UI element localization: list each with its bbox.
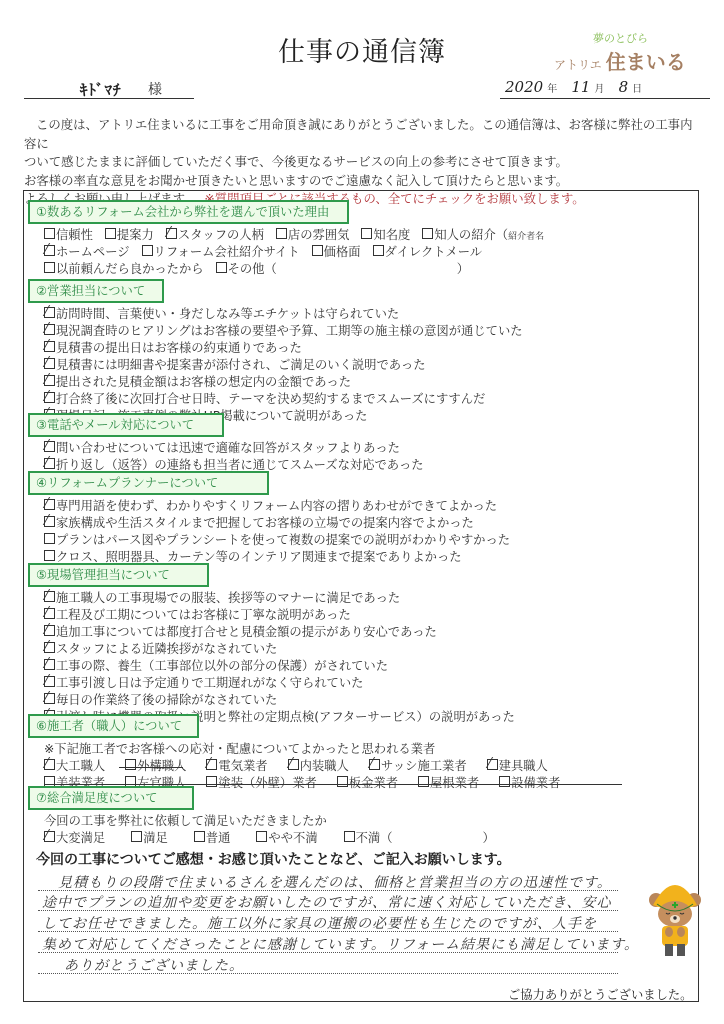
checkbox-row: 以前頼んだら良かったからその他（） (44, 261, 481, 278)
checkbox-label: ホームページ (56, 245, 130, 259)
checkbox[interactable] (369, 759, 380, 770)
checkbox[interactable] (166, 228, 177, 239)
checkbox[interactable] (44, 516, 55, 527)
checkbox-label: 店の雰囲気 (288, 228, 350, 242)
checkbox-label: 普通 (206, 831, 231, 845)
checkbox-option[interactable]: 満足 (131, 831, 168, 845)
checkbox[interactable] (288, 759, 299, 770)
checkbox-label: 工事引渡し日は予定通りで工期遅れがなく守られていた (56, 676, 363, 690)
checkbox-row: プランはパース図やプランシートを使って複数の提案での説明がわかりやすかった (44, 532, 522, 549)
checkbox[interactable] (206, 776, 217, 787)
checkbox-row: 見積書の提出日はお客様の約束通りであった (44, 340, 314, 357)
checkbox-label: 提出された見積金額はお客様の想定内の金額であった (56, 375, 351, 389)
date-year: 2020 (505, 78, 543, 96)
checkbox-option[interactable]: 提出された見積金額はお客様の想定内の金額であった (44, 375, 351, 389)
checkbox-label: リフォーム会社紹介サイト (154, 245, 300, 259)
month-unit: 月 (594, 84, 604, 95)
strikethrough-line (44, 784, 622, 785)
date-month: 11 (571, 78, 590, 96)
checkbox[interactable] (44, 591, 55, 602)
company-logo: アトリエ住まいる (554, 46, 686, 75)
checkbox[interactable] (194, 831, 205, 842)
comment-line: ありがとうございました。 (64, 955, 244, 975)
checkbox-label: 見積書の提出日はお客様の約束通りであった (56, 341, 302, 355)
checkbox-row: 大変満足満足普通やや不満不満（） (44, 830, 521, 847)
checkbox-row: 追加工事については都度打合せと見積金額の提示があり安心であった (44, 624, 449, 641)
checkbox-option[interactable]: スタッフの人柄 (166, 228, 264, 242)
checkbox-label: 提案力 (117, 228, 154, 242)
section-heading-4: ④リフォームプランナーについて (28, 471, 269, 495)
checkbox-row: 問い合わせについては迅速で適確な回答がスタッフよりあった (44, 440, 412, 457)
checkbox-label: スタッフによる近隣挨拶がなされていた (56, 642, 277, 656)
checkbox[interactable] (487, 759, 498, 770)
checkbox[interactable] (44, 245, 55, 256)
checkbox[interactable] (44, 693, 55, 704)
checkbox-label: クロス、照明器具、カーテン等のインテリア関連まで提案でありよかった (56, 550, 462, 564)
checkbox-option[interactable]: 工事引渡し日は予定通りで工期遅れがなく守られていた (44, 676, 363, 690)
checkbox-label: 設備業者 (511, 776, 560, 790)
section-heading-1: ①数あるリフォーム会社から弊社を選んで頂いた理由 (28, 200, 349, 224)
section-heading-2: ②営業担当について (28, 279, 164, 303)
checkbox-label: 以前頼んだら良かったから (56, 262, 204, 276)
checkbox-option[interactable]: プランはパース図やプランシートを使って複数の提案での説明がわかりやすかった (44, 533, 510, 547)
comments-heading: 今回の工事についてご感想・お感じ頂いたことなど、ご記入お願いします。 (36, 849, 511, 869)
logo-tagline: 夢のとびら (593, 30, 648, 46)
checkbox-option[interactable]: やや不満 (256, 831, 317, 845)
checkbox-option[interactable]: 大変満足 (44, 831, 105, 845)
checkbox-label: 打合終了後に次回打合せ日時、テーマを決め契約するまでスムーズにすすんだ (56, 392, 485, 406)
checkbox[interactable] (44, 642, 55, 653)
comment-dotted-line (38, 973, 618, 974)
checkbox-option[interactable]: 信頼性 (44, 228, 93, 242)
checkbox-option[interactable]: その他（） (216, 262, 470, 276)
checkbox-option[interactable]: 工事の際、養生（工事部位以外の部分の保護）がされていた (44, 659, 388, 673)
section-heading-6: ⑥施工者（職人）について (28, 714, 199, 738)
checkbox-option[interactable]: 内装職人 (288, 759, 349, 773)
checkbox-option[interactable]: 知人の紹介（紹介者名） (422, 228, 724, 242)
comment-line: してお任せできました。施工以外に家具の運搬の必要性も生じたのですが、人手を (42, 913, 597, 933)
checkbox-label: プランはパース図やプランシートを使って複数の提案での説明がわかりやすかった (56, 533, 510, 547)
checkbox[interactable] (44, 499, 55, 510)
checkbox[interactable] (344, 831, 355, 842)
checkbox[interactable] (418, 776, 429, 787)
customer-name: ｷﾄﾞﾏﾁ (80, 79, 122, 100)
checkbox-row: スタッフによる近隣挨拶がなされていた (44, 641, 289, 658)
checkbox[interactable] (499, 776, 510, 787)
checkbox-label: 信頼性 (56, 228, 93, 242)
strikethrough-line (119, 767, 183, 768)
date-day: 8 (619, 78, 629, 96)
checkbox-label: 建具職人 (499, 759, 548, 773)
day-unit: 日 (632, 84, 642, 95)
checkbox[interactable] (44, 392, 55, 403)
checkbox[interactable] (361, 228, 372, 239)
checkbox[interactable] (44, 324, 55, 335)
checkbox[interactable] (312, 245, 323, 256)
date-underline (500, 98, 710, 99)
checkbox-option[interactable]: 店の雰囲気 (276, 228, 350, 242)
checkbox-option[interactable]: 建具職人 (487, 759, 548, 773)
section-heading-3: ③電話やメール対応について (28, 413, 224, 437)
checkbox-label: 塗装（外壁）業者 (218, 776, 316, 790)
comment-line: 集めて対応してくださったことに感謝しています。リフォーム結果にも満足しています。 (42, 934, 639, 954)
checkbox-label: 折り返し（返答）の連絡も担当者に通じてスムーズな対応であった (56, 458, 424, 472)
checkbox[interactable] (125, 759, 136, 770)
checkbox-label: 工事の際、養生（工事部位以外の部分の保護）がされていた (56, 659, 388, 673)
bear-mascot-icon (645, 870, 705, 960)
checkbox-option[interactable]: 問い合わせについては迅速で適確な回答がスタッフよりあった (44, 441, 400, 455)
checkbox-option[interactable]: 毎日の作業終了後の掃除がなされていた (44, 693, 277, 707)
checkbox-option[interactable]: 不満（） (344, 831, 495, 845)
referrer-name-label: 紹介者名 (508, 232, 544, 242)
checkbox-option[interactable]: 屋根業者 (418, 776, 479, 790)
checkbox-option[interactable]: 見積書の提出日はお客様の約束通りであった (44, 341, 302, 355)
comment-dotted-line (38, 890, 618, 891)
checkbox-label: 知人の紹介（ (434, 228, 508, 242)
checkbox-option[interactable]: 外構職人 (125, 759, 186, 773)
checkbox-label: 追加工事については都度打合せと見積金額の提示があり安心であった (56, 625, 437, 639)
checkbox-option[interactable]: 提案力 (105, 228, 154, 242)
checkbox-option[interactable]: 大工職人 (44, 759, 105, 773)
checkbox-row: ホームページリフォーム会社紹介サイト価格面ダイレクトメール (44, 244, 494, 261)
checkbox-row: 提出された見積金額はお客様の想定内の金額であった (44, 374, 363, 391)
comment-dotted-line (38, 931, 618, 932)
checkbox-label: 現況調査時のヒアリングはお客様の要望や予算、工期等の施主様の意図が通じていた (56, 324, 523, 338)
checkbox-label: 問い合わせについては迅速で適確な回答がスタッフよりあった (56, 441, 400, 455)
checkbox-row: 見積書には明細書や提案書が添付され、ご満足のいく説明であった (44, 357, 438, 374)
checkbox-row: 工程及び工期についてはお客様に丁寧な説明があった (44, 607, 363, 624)
checkbox[interactable] (256, 831, 267, 842)
checkbox[interactable] (131, 831, 142, 842)
comment-line: 見積もりの段階で住まいるさんを選んだのは、価格と営業担当の方の迅速性です。 (58, 872, 612, 892)
checkbox-option[interactable]: 現況調査時のヒアリングはお客様の要望や予算、工期等の施主様の意図が通じていた (44, 324, 523, 338)
checkbox-label: 電気業者 (218, 759, 267, 773)
logo-name: 住まいる (606, 50, 686, 74)
checkbox-label: 家族構成や生活スタイルまで把握してお客様の立場での提案内容でよかった (56, 516, 474, 530)
checkbox-option[interactable]: 施工職人の工事現場での服装、挨拶等のマナーに満足であった (44, 591, 400, 605)
checkbox-option[interactable]: 追加工事については都度打合せと見積金額の提示があり安心であった (44, 625, 437, 639)
checkbox-label: 専門用語を使わず、わかりやすくリフォーム内容の摺りあわせができてよかった (56, 499, 497, 513)
checkbox-option[interactable]: ホームページ (44, 245, 130, 259)
checkbox[interactable] (206, 759, 217, 770)
checkbox-row: 現況調査時のヒアリングはお客様の要望や予算、工期等の施主様の意図が通じていた (44, 323, 535, 340)
checkbox-label: その他（ (228, 262, 277, 276)
checkbox[interactable] (422, 228, 433, 239)
checkbox-label: スタッフの人柄 (178, 228, 264, 242)
checkbox-label: 見積書には明細書や提案書が添付され、ご満足のいく説明であった (56, 358, 426, 372)
comment-dotted-line (38, 952, 618, 953)
checkbox[interactable] (373, 245, 384, 256)
checkbox-option[interactable]: 訪問時間、言葉使い・身だしなみ等エチケットは守られていた (44, 307, 399, 321)
checkbox[interactable] (44, 625, 55, 636)
checkbox-row: 訪問時間、言葉使い・身だしなみ等エチケットは守られていた (44, 306, 411, 323)
checkbox-row: 打合終了後に次回打合せ日時、テーマを決め契約するまでスムーズにすすんだ (44, 391, 497, 408)
survey-date: 2020年 11月 8日 (505, 78, 652, 96)
checkbox[interactable] (44, 307, 55, 318)
year-unit: 年 (547, 84, 557, 95)
checkbox-row: 施工職人の工事現場での服装、挨拶等のマナーに満足であった (44, 590, 412, 607)
section-note: ※下記施工者でお客様への応対・配慮についてよかったと思われる業者 (44, 741, 435, 758)
checkbox[interactable] (44, 550, 55, 561)
checkbox[interactable] (44, 533, 55, 544)
close-paren: ） (457, 262, 469, 276)
checkbox-label: 工程及び工期についてはお客様に丁寧な説明があった (56, 608, 351, 622)
checkbox-option[interactable]: 家族構成や生活スタイルまで把握してお客様の立場での提案内容でよかった (44, 516, 474, 530)
customer-name-underline (24, 98, 194, 99)
checkbox-label: 施工職人の工事現場での服装、挨拶等のマナーに満足であった (56, 591, 400, 605)
checkbox-option[interactable]: サッシ施工業者 (369, 759, 467, 773)
checkbox-label: 満足 (143, 831, 168, 845)
checkbox-label: 内装職人 (300, 759, 349, 773)
checkbox[interactable] (44, 676, 55, 687)
comment-line: 途中でプランの追加や変更をお願いしたのですが、常に速く対応していただき、安心 (42, 892, 611, 912)
close-paren: ） (483, 831, 495, 845)
checkbox-label: 毎日の作業終了後の掃除がなされていた (56, 693, 277, 707)
checkbox[interactable] (44, 228, 55, 239)
checkbox-label: 価格面 (324, 245, 361, 259)
checkbox-option[interactable]: 普通 (194, 831, 231, 845)
checkbox-option[interactable]: リフォーム会社紹介サイト (142, 245, 300, 259)
checkbox-option[interactable]: 専門用語を使わず、わかりやすくリフォーム内容の摺りあわせができてよかった (44, 499, 497, 513)
comment-dotted-line (38, 910, 618, 911)
checkbox-row: 家族構成や生活スタイルまで把握してお客様の立場での提案内容でよかった (44, 515, 486, 532)
intro-line-2: ついて感じたままに評価していただく事で、今後更なるサービスの向上の参考にさせて頂… (24, 153, 704, 172)
checkbox[interactable] (44, 608, 55, 619)
checkbox-label: 不満（ (356, 831, 393, 845)
checkbox[interactable] (105, 228, 116, 239)
checkbox[interactable] (276, 228, 287, 239)
checkbox-label: やや不満 (268, 831, 317, 845)
checkbox-option[interactable]: 価格面 (312, 245, 361, 259)
checkbox[interactable] (44, 341, 55, 352)
checkbox[interactable] (44, 262, 55, 273)
checkbox[interactable] (337, 776, 348, 787)
checkbox-option[interactable]: 見積書には明細書や提案書が添付され、ご満足のいく説明であった (44, 358, 426, 372)
checkbox-label: 大工職人 (56, 759, 105, 773)
section-heading-7: ⑦総合満足度について (28, 786, 194, 810)
customer-suffix: 様 (148, 79, 162, 99)
closing-thanks: ご協力ありがとうございました。 (508, 985, 692, 1003)
section-heading-5: ⑤現場管理担当について (28, 563, 209, 587)
checkbox-row: 工事引渡し日は予定通りで工期遅れがなく守られていた (44, 675, 375, 692)
intro-line-1: この度は、アトリエ住まいるに工事をご用命頂き誠にありがとうございました。この通信… (24, 116, 704, 153)
checkbox-label: サッシ施工業者 (381, 759, 467, 773)
checkbox-row: 毎日の作業終了後の掃除がなされていた (44, 692, 289, 709)
checkbox-option[interactable]: 折り返し（返答）の連絡も担当者に通じてスムーズな対応であった (44, 458, 424, 472)
checkbox-label: 訪問時間、言葉使い・身だしなみ等エチケットは守られていた (56, 307, 399, 321)
checkbox-row: 専門用語を使わず、わかりやすくリフォーム内容の摺りあわせができてよかった (44, 498, 509, 515)
checkbox-option[interactable]: 電気業者 (206, 759, 267, 773)
checkbox-option[interactable]: 工程及び工期についてはお客様に丁寧な説明があった (44, 608, 351, 622)
checkbox-option[interactable]: スタッフによる近隣挨拶がなされていた (44, 642, 277, 656)
checkbox-option[interactable]: クロス、照明器具、カーテン等のインテリア関連まで提案でありよかった (44, 550, 462, 564)
checkbox-option[interactable]: 知名度 (361, 228, 410, 242)
checkbox-option[interactable]: 塗装（外壁）業者 (206, 776, 316, 790)
checkbox-option[interactable]: 板金業者 (337, 776, 398, 790)
checkbox-row: 工事の際、養生（工事部位以外の部分の保護）がされていた (44, 658, 400, 675)
checkbox-label: 外構職人 (137, 759, 186, 773)
checkbox[interactable] (142, 245, 153, 256)
checkbox[interactable] (44, 831, 55, 842)
checkbox[interactable] (44, 759, 55, 770)
checkbox-label: ダイレクトメール (385, 245, 483, 259)
logo-prefix: アトリエ (554, 58, 602, 72)
checkbox[interactable] (44, 441, 55, 452)
section-question: 今回の工事を弊社に依頼して満足いただきましたか (44, 813, 327, 830)
checkbox-label: 大変満足 (56, 831, 105, 845)
intro-line-3: お客様の率直な意見をお聞かせ頂きたいと思いますのでご遠慮なく記入して頂けたらと思… (24, 172, 704, 191)
checkbox-option[interactable]: 打合終了後に次回打合せ日時、テーマを決め契約するまでスムーズにすすんだ (44, 392, 485, 406)
checkbox-option[interactable]: ダイレクトメール (373, 245, 483, 259)
checkbox[interactable] (44, 659, 55, 670)
checkbox-label: 屋根業者 (430, 776, 479, 790)
checkbox[interactable] (44, 375, 55, 386)
checkbox[interactable] (44, 458, 55, 469)
checkbox[interactable] (44, 358, 55, 369)
checkbox-option[interactable]: 設備業者 (499, 776, 560, 790)
checkbox-option[interactable]: 以前頼んだら良かったから (44, 262, 204, 276)
checkbox-label: 知名度 (373, 228, 410, 242)
checkbox[interactable] (216, 262, 227, 273)
checkbox-label: 板金業者 (349, 776, 398, 790)
